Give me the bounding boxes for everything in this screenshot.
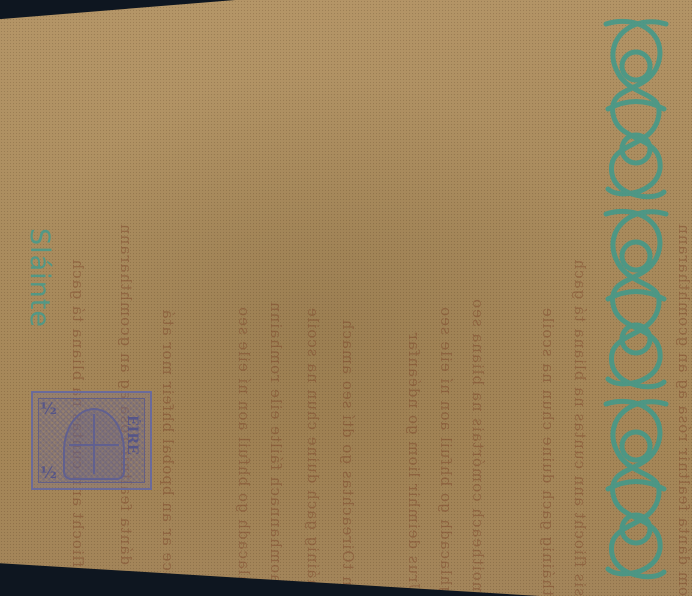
stamp-country-label: ÉIRE	[124, 415, 140, 455]
stamp-value-top: ½	[39, 399, 58, 418]
newsprint-column: tháinig gach duine chun na scoile	[305, 0, 320, 596]
knotwork-panel-icon	[598, 204, 674, 394]
wrapper-paper: sis fliocht ann cuntas na bliana tá gach…	[0, 0, 692, 596]
newsprint-column: sis fliocht ann cuntas na bliana tá gach	[70, 0, 85, 596]
newsprint-column: moitheach comórtais na bliana seo	[470, 0, 485, 596]
knotwork-panel-icon	[598, 14, 674, 204]
newsprint-column: uisce ar an bpobal bhfeir mor atá	[160, 0, 175, 596]
newsprint-column: om dánta fealtnir rósa ag an gcomhtharan…	[676, 0, 691, 596]
newsprint-column: om dánta fealtnir rósa ag an gcomhtharan…	[118, 0, 133, 596]
slainte-greeting: Sláinte	[24, 228, 55, 328]
newsprint-column: tháinig gach duine chun na scoile	[540, 0, 555, 596]
newsprint-column: Urus deimhir liom go ndéanfar	[406, 0, 421, 596]
postage-stamp: ½ ½ ÉIRE	[31, 391, 152, 490]
newsprint-column: Gaomhannach fáilte eile romhainn	[268, 0, 283, 596]
newsprint-column: an tOireachtas go dtí seo amach	[340, 0, 355, 596]
celtic-knot-border	[598, 14, 674, 584]
newsprint-column: ghlacadh go bhfuil aon ní eile seo	[236, 0, 251, 596]
photo-scene: sis fliocht ann cuntas na bliana tá gach…	[0, 0, 692, 596]
newsprint-column: ghlacadh go bhfuil aon ní eile seo	[438, 0, 453, 596]
newsprint-column: sis fliocht ann cuntas na bliana tá gach	[572, 0, 587, 596]
knotwork-panel-icon	[598, 394, 674, 584]
stamp-value-bottom: ½	[39, 463, 58, 482]
